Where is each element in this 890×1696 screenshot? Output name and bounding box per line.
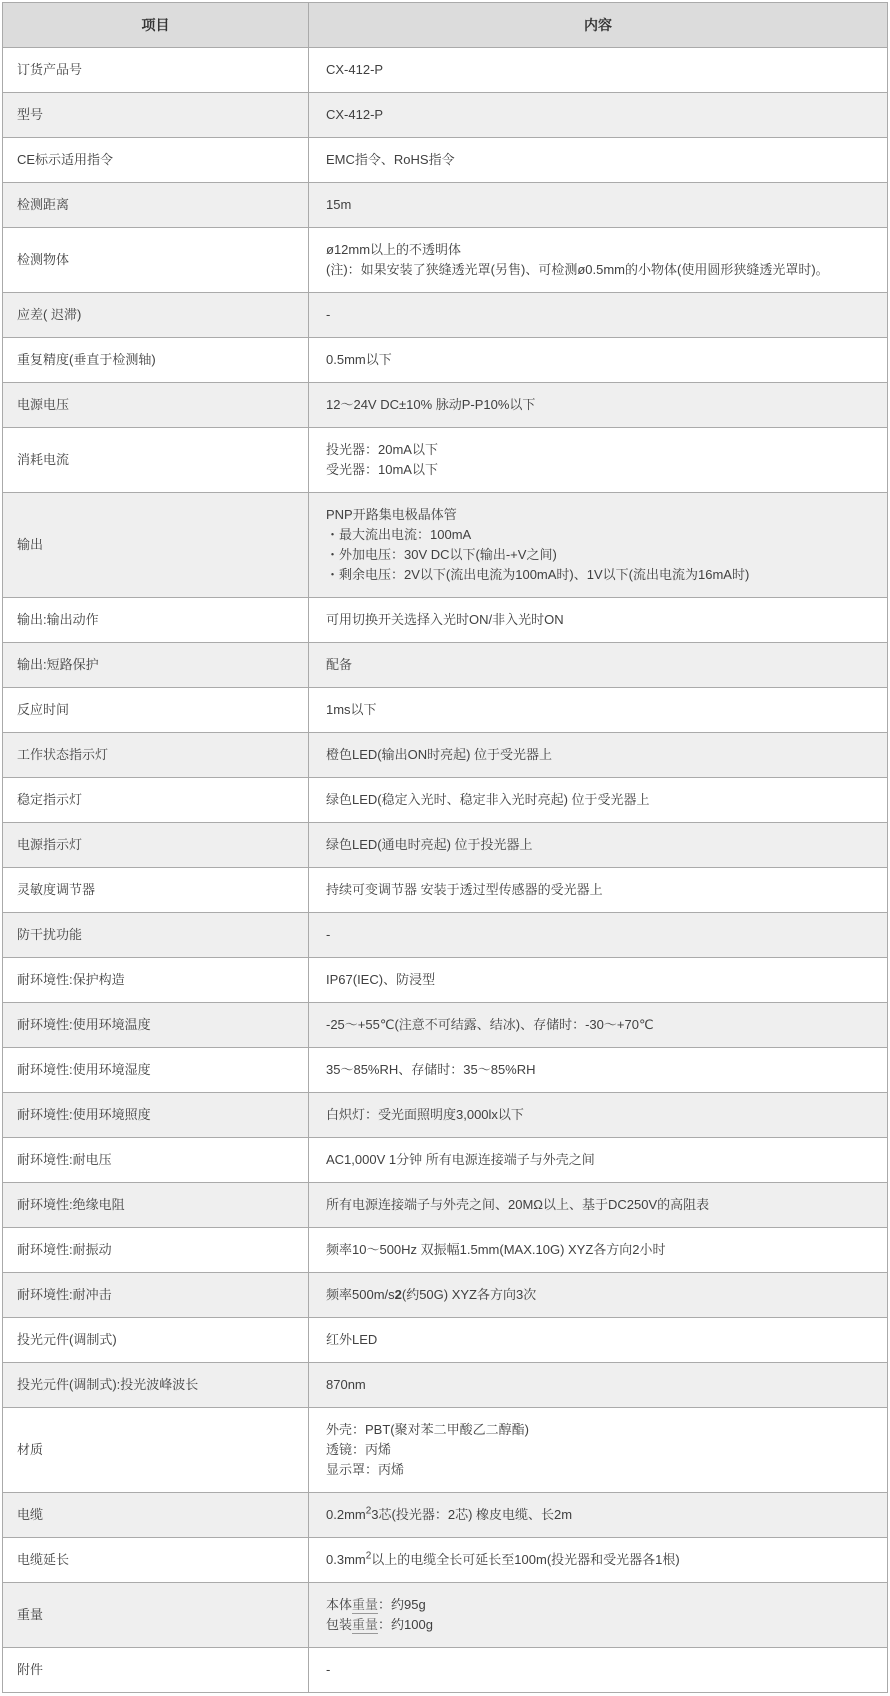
spec-content: CX-412-P (309, 93, 888, 138)
table-row: 输出:输出动作可用切换开关选择入光时ON/非入光时ON (3, 598, 888, 643)
column-header-content: 内容 (309, 3, 888, 48)
spec-content: 1ms以下 (309, 688, 888, 733)
spec-content-line: 所有电源连接端子与外壳之间、20MΩ以上、基于DC250V的高阻表 (326, 1195, 875, 1215)
spec-content: 0.3mm2以上的电缆全长可延长至100m(投光器和受光器各1根) (309, 1538, 888, 1583)
spec-item-label: 消耗电流 (3, 428, 309, 493)
table-row: 耐环境性:使用环境温度-25～+55℃(注意不可结露、结冰)、存储时：-30～+… (3, 1003, 888, 1048)
table-row: 检测物体ø12mm以上的不透明体(注)：如果安装了狭缝透光罩(另售)、可检测ø0… (3, 228, 888, 293)
spec-content: 红外LED (309, 1318, 888, 1363)
spec-item-label: 耐环境性:使用环境湿度 (3, 1048, 309, 1093)
spec-content: -25～+55℃(注意不可结露、结冰)、存储时：-30～+70℃ (309, 1003, 888, 1048)
spec-content-line: 红外LED (326, 1330, 875, 1350)
table-row: 防干扰功能- (3, 913, 888, 958)
table-row: 应差( 迟滞)- (3, 293, 888, 338)
text-segment: 0.2mm (326, 1507, 366, 1522)
table-row: 耐环境性:使用环境湿度35～85%RH、存储时：35～85%RH (3, 1048, 888, 1093)
spec-content: 可用切换开关选择入光时ON/非入光时ON (309, 598, 888, 643)
spec-content-line: 外壳：PBT(聚对苯二甲酸乙二醇酯) (326, 1420, 875, 1440)
table-row: 订货产品号CX-412-P (3, 48, 888, 93)
spec-content: 15m (309, 183, 888, 228)
spec-content-line: PNP开路集电极晶体管 (326, 505, 875, 525)
table-row: 耐环境性:耐电压AC1,000V 1分钟 所有电源连接端子与外壳之间 (3, 1138, 888, 1183)
spec-content-line: 可用切换开关选择入光时ON/非入光时ON (326, 610, 875, 630)
table-row: 电源指示灯绿色LED(通电时亮起) 位于投光器上 (3, 823, 888, 868)
spec-content: CX-412-P (309, 48, 888, 93)
spec-content-line: 持续可变调节器 安装于透过型传感器的受光器上 (326, 880, 875, 900)
spec-item-label: 投光元件(调制式) (3, 1318, 309, 1363)
spec-item-label: 重量 (3, 1583, 309, 1648)
table-row: 投光元件(调制式):投光波峰波长870nm (3, 1363, 888, 1408)
text-segment: ：约100g (378, 1617, 433, 1632)
spec-item-label: 耐环境性:使用环境温度 (3, 1003, 309, 1048)
spec-item-label: 输出:输出动作 (3, 598, 309, 643)
spec-content: 橙色LED(输出ON时亮起) 位于受光器上 (309, 733, 888, 778)
spec-content-line: AC1,000V 1分钟 所有电源连接端子与外壳之间 (326, 1150, 875, 1170)
spec-content-line: 包装重量：约100g (326, 1615, 875, 1635)
spec-content-line: - (326, 305, 875, 325)
table-row: 投光元件(调制式)红外LED (3, 1318, 888, 1363)
spec-content-line: 配备 (326, 655, 875, 675)
spec-content-line: (注)：如果安装了狭缝透光罩(另售)、可检测ø0.5mm的小物体(使用圆形狭缝透… (326, 260, 875, 280)
spec-content-line: 绿色LED(稳定入光时、稳定非入光时亮起) 位于受光器上 (326, 790, 875, 810)
table-row: 工作状态指示灯橙色LED(输出ON时亮起) 位于受光器上 (3, 733, 888, 778)
spec-item-label: 电缆 (3, 1493, 309, 1538)
spec-content-line: 橙色LED(输出ON时亮起) 位于受光器上 (326, 745, 875, 765)
spec-content-line: CX-412-P (326, 105, 875, 125)
spec-table-body: 订货产品号CX-412-P型号CX-412-PCE标示适用指令EMC指令、RoH… (3, 48, 888, 1693)
spec-content-line: 频率10～500Hz 双振幅1.5mm(MAX.10G) XYZ各方向2小时 (326, 1240, 875, 1260)
spec-content-line: ・外加电压：30V DC以下(输出-+V之间) (326, 545, 875, 565)
spec-content: - (309, 913, 888, 958)
table-row: 输出PNP开路集电极晶体管・最大流出电流：100mA・外加电压：30V DC以下… (3, 493, 888, 598)
table-row: 型号CX-412-P (3, 93, 888, 138)
spec-content: EMC指令、RoHS指令 (309, 138, 888, 183)
spec-content: 白炽灯：受光面照明度3,000lx以下 (309, 1093, 888, 1138)
spec-content-line: 1ms以下 (326, 700, 875, 720)
spec-content: 外壳：PBT(聚对苯二甲酸乙二醇酯)透镜：丙烯显示罩：丙烯 (309, 1408, 888, 1493)
table-row: 耐环境性:使用环境照度白炽灯：受光面照明度3,000lx以下 (3, 1093, 888, 1138)
spec-content-line: 0.2mm23芯(投光器：2芯) 橡皮电缆、长2m (326, 1505, 875, 1525)
text-segment: 以上的电缆全长可延长至100m(投光器和受光器各1根) (371, 1552, 679, 1567)
spec-item-label: 重复精度(垂直于检测轴) (3, 338, 309, 383)
table-row: 耐环境性:保护构造IP67(IEC)、防浸型 (3, 958, 888, 1003)
spec-content-line: 受光器：10mA以下 (326, 460, 875, 480)
spec-content: 本体重量：约95g包装重量：约100g (309, 1583, 888, 1648)
spec-content: IP67(IEC)、防浸型 (309, 958, 888, 1003)
spec-content-line: 频率500m/s2(约50G) XYZ各方向3次 (326, 1285, 875, 1305)
spec-content-line: 透镜：丙烯 (326, 1440, 875, 1460)
text-segment: ：约95g (378, 1597, 426, 1612)
spec-item-label: 电缆延长 (3, 1538, 309, 1583)
spec-item-label: 反应时间 (3, 688, 309, 733)
spec-item-label: 稳定指示灯 (3, 778, 309, 823)
spec-content: 0.2mm23芯(投光器：2芯) 橡皮电缆、长2m (309, 1493, 888, 1538)
header-row: 项目 内容 (3, 3, 888, 48)
table-row: 耐环境性:耐冲击频率500m/s2(约50G) XYZ各方向3次 (3, 1273, 888, 1318)
spec-item-label: 应差( 迟滞) (3, 293, 309, 338)
spec-content-line: -25～+55℃(注意不可结露、结冰)、存储时：-30～+70℃ (326, 1015, 875, 1035)
table-row: 电缆0.2mm23芯(投光器：2芯) 橡皮电缆、长2m (3, 1493, 888, 1538)
table-row: 检测距离15m (3, 183, 888, 228)
spec-content: 0.5mm以下 (309, 338, 888, 383)
spec-content: 绿色LED(稳定入光时、稳定非入光时亮起) 位于受光器上 (309, 778, 888, 823)
spec-content-line: 35～85%RH、存储时：35～85%RH (326, 1060, 875, 1080)
table-row: 灵敏度调节器持续可变调节器 安装于透过型传感器的受光器上 (3, 868, 888, 913)
table-row: 耐环境性:绝缘电阻所有电源连接端子与外壳之间、20MΩ以上、基于DC250V的高… (3, 1183, 888, 1228)
spec-content: 持续可变调节器 安装于透过型传感器的受光器上 (309, 868, 888, 913)
spec-content-line: - (326, 1660, 875, 1680)
spec-content: 投光器：20mA以下受光器：10mA以下 (309, 428, 888, 493)
spec-content: 35～85%RH、存储时：35～85%RH (309, 1048, 888, 1093)
spec-item-label: 型号 (3, 93, 309, 138)
spec-content-line: IP67(IEC)、防浸型 (326, 970, 875, 990)
table-row: 重复精度(垂直于检测轴)0.5mm以下 (3, 338, 888, 383)
spec-content-line: 870nm (326, 1375, 875, 1395)
spec-item-label: 检测物体 (3, 228, 309, 293)
spec-item-label: 耐环境性:保护构造 (3, 958, 309, 1003)
spec-content-line: EMC指令、RoHS指令 (326, 150, 875, 170)
spec-content: 绿色LED(通电时亮起) 位于投光器上 (309, 823, 888, 868)
table-row: CE标示适用指令EMC指令、RoHS指令 (3, 138, 888, 183)
spec-content: 配备 (309, 643, 888, 688)
spec-content-line: 绿色LED(通电时亮起) 位于投光器上 (326, 835, 875, 855)
spec-item-label: 材质 (3, 1408, 309, 1493)
spec-item-label: 耐环境性:耐振动 (3, 1228, 309, 1273)
product-spec-table: 项目 内容 订货产品号CX-412-P型号CX-412-PCE标示适用指令EMC… (2, 2, 888, 1693)
spec-content-line: 12～24V DC±10% 脉动P-P10%以下 (326, 395, 875, 415)
spec-content: - (309, 1648, 888, 1693)
spec-content-line: 显示罩：丙烯 (326, 1460, 875, 1480)
spec-item-label: 输出:短路保护 (3, 643, 309, 688)
spec-content-line: ø12mm以上的不透明体 (326, 240, 875, 260)
spec-content-line: 15m (326, 195, 875, 215)
spec-content-line: 0.5mm以下 (326, 350, 875, 370)
table-row: 消耗电流投光器：20mA以下受光器：10mA以下 (3, 428, 888, 493)
spec-content: 频率500m/s2(约50G) XYZ各方向3次 (309, 1273, 888, 1318)
table-row: 反应时间1ms以下 (3, 688, 888, 733)
spec-item-label: 检测距离 (3, 183, 309, 228)
table-row: 电缆延长0.3mm2以上的电缆全长可延长至100m(投光器和受光器各1根) (3, 1538, 888, 1583)
spec-content-line: CX-412-P (326, 60, 875, 80)
spec-content-line: 0.3mm2以上的电缆全长可延长至100m(投光器和受光器各1根) (326, 1550, 875, 1570)
spec-content-line: ・剩余电压：2V以下(流出电流为100mA时)、1V以下(流出电流为16mA时) (326, 565, 875, 585)
text-segment: (约50G) XYZ各方向3次 (402, 1287, 536, 1302)
spec-item-label: 耐环境性:绝缘电阻 (3, 1183, 309, 1228)
spec-item-label: 灵敏度调节器 (3, 868, 309, 913)
spec-item-label: 耐环境性:使用环境照度 (3, 1093, 309, 1138)
table-row: 稳定指示灯绿色LED(稳定入光时、稳定非入光时亮起) 位于受光器上 (3, 778, 888, 823)
spec-content-line: - (326, 925, 875, 945)
spec-content: 频率10～500Hz 双振幅1.5mm(MAX.10G) XYZ各方向2小时 (309, 1228, 888, 1273)
text-segment: 本体 (326, 1597, 352, 1612)
spec-item-label: 投光元件(调制式):投光波峰波长 (3, 1363, 309, 1408)
spec-content-line: 本体重量：约95g (326, 1595, 875, 1615)
underlined-term: 重量 (352, 1617, 378, 1634)
spec-item-label: 工作状态指示灯 (3, 733, 309, 778)
spec-content: PNP开路集电极晶体管・最大流出电流：100mA・外加电压：30V DC以下(输… (309, 493, 888, 598)
bold-text: 2 (395, 1287, 402, 1302)
table-row: 材质外壳：PBT(聚对苯二甲酸乙二醇酯)透镜：丙烯显示罩：丙烯 (3, 1408, 888, 1493)
table-row: 耐环境性:耐振动频率10～500Hz 双振幅1.5mm(MAX.10G) XYZ… (3, 1228, 888, 1273)
spec-table-header: 项目 内容 (3, 3, 888, 48)
text-segment: 0.3mm (326, 1552, 366, 1567)
table-row: 输出:短路保护配备 (3, 643, 888, 688)
spec-item-label: 耐环境性:耐冲击 (3, 1273, 309, 1318)
spec-item-label: 耐环境性:耐电压 (3, 1138, 309, 1183)
text-segment: 3芯(投光器：2芯) 橡皮电缆、长2m (371, 1507, 572, 1522)
spec-item-label: 附件 (3, 1648, 309, 1693)
spec-content: 870nm (309, 1363, 888, 1408)
table-row: 附件- (3, 1648, 888, 1693)
text-segment: 频率500m/s (326, 1287, 395, 1302)
text-segment: 包装 (326, 1617, 352, 1632)
spec-content-line: 投光器：20mA以下 (326, 440, 875, 460)
spec-content: ø12mm以上的不透明体(注)：如果安装了狭缝透光罩(另售)、可检测ø0.5mm… (309, 228, 888, 293)
spec-item-label: 订货产品号 (3, 48, 309, 93)
underlined-term: 重量 (352, 1597, 378, 1614)
spec-item-label: 防干扰功能 (3, 913, 309, 958)
spec-content: 所有电源连接端子与外壳之间、20MΩ以上、基于DC250V的高阻表 (309, 1183, 888, 1228)
spec-item-label: 电源指示灯 (3, 823, 309, 868)
table-row: 重量本体重量：约95g包装重量：约100g (3, 1583, 888, 1648)
spec-content-line: ・最大流出电流：100mA (326, 525, 875, 545)
spec-item-label: 电源电压 (3, 383, 309, 428)
spec-item-label: CE标示适用指令 (3, 138, 309, 183)
spec-content: - (309, 293, 888, 338)
column-header-item: 项目 (3, 3, 309, 48)
table-row: 电源电压12～24V DC±10% 脉动P-P10%以下 (3, 383, 888, 428)
spec-item-label: 输出 (3, 493, 309, 598)
spec-content: 12～24V DC±10% 脉动P-P10%以下 (309, 383, 888, 428)
spec-content-line: 白炽灯：受光面照明度3,000lx以下 (326, 1105, 875, 1125)
spec-content: AC1,000V 1分钟 所有电源连接端子与外壳之间 (309, 1138, 888, 1183)
